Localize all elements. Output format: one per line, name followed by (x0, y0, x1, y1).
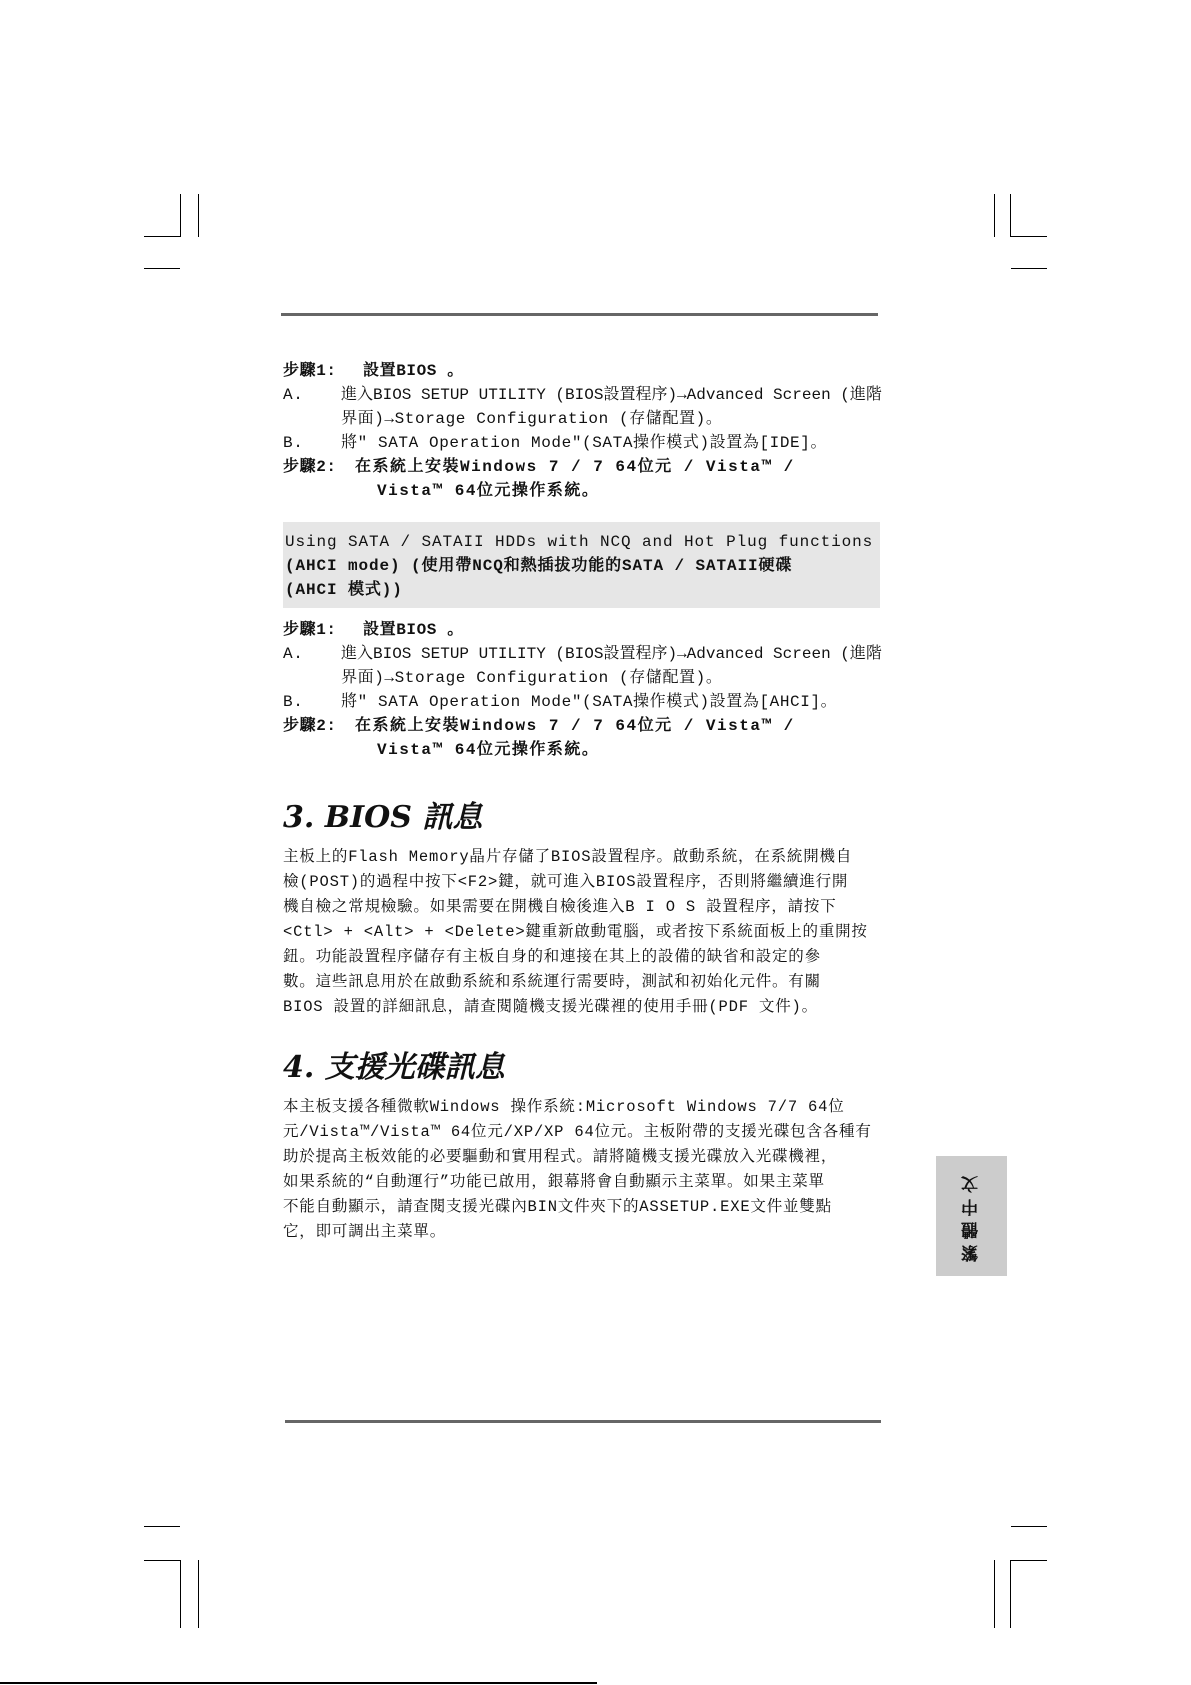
crop-mark (994, 194, 995, 237)
paragraph-line: 它，即可調出主菜單。 (283, 1220, 446, 1245)
step2-line1: 在系統上安裝Windows 7 / 7 64位元 / Vista™ / (355, 714, 795, 738)
step1-text: 設置BIOS 。 (363, 359, 464, 383)
ahci-callout-box: Using SATA / SATAII HDDs with NCQ and Ho… (283, 522, 880, 608)
step-b-line1: 將" SATA Operation Mode"(SATA操作模式)設置為[AHC… (341, 690, 837, 714)
crop-mark (1011, 236, 1047, 237)
step1-label: 步驟1: (283, 359, 337, 383)
crop-mark (1011, 268, 1047, 269)
ahci-title-line1: Using SATA / SATAII HDDs with NCQ and Ho… (285, 530, 873, 554)
crop-mark (198, 194, 199, 237)
step2-label: 步驟2: (283, 714, 337, 738)
step1-label: 步驟1: (283, 618, 337, 642)
paragraph-line: 主板上的Flash Memory晶片存儲了BIOS設置程序。啟動系統，在系統開機… (283, 845, 852, 870)
step-a-marker: A. (283, 383, 303, 407)
paragraph-line: 如果系統的“自動運行”功能已啟用，銀幕將會自動顯示主菜單。如果主菜單 (283, 1170, 825, 1195)
step-b-marker: B. (283, 690, 303, 714)
step1-text: 設置BIOS 。 (363, 618, 464, 642)
crop-mark (198, 1560, 199, 1628)
paragraph-line: 檢(POST)的過程中按下<F2>鍵，就可進入BIOS設置程序，否則將繼續進行開 (283, 870, 848, 895)
crop-mark (994, 1560, 995, 1628)
language-tab-label: 繁體中文 (959, 1170, 984, 1262)
footer-rule (285, 1420, 881, 1423)
ahci-title-line3: (AHCI 模式)) (285, 578, 403, 602)
step-a-line1: 進入BIOS SETUP UTILITY (BIOS設置程序)→Advanced… (341, 642, 882, 666)
step-a-line2: 界面)→Storage Configuration (存儲配置)。 (341, 407, 722, 431)
crop-mark (144, 1560, 180, 1561)
crop-mark (1011, 1526, 1047, 1527)
crop-mark (180, 1560, 181, 1628)
section-3-heading: 3. BIOS 訊息 (283, 800, 482, 836)
paragraph-line: 本主板支援各種微軟Windows 操作系統:Microsoft Windows … (283, 1095, 845, 1120)
section-4-heading: 4. 支援光碟訊息 (283, 1050, 505, 1086)
language-side-tab: 繁體中文 (936, 1156, 1007, 1276)
step-b-line1: 將" SATA Operation Mode"(SATA操作模式)設置為[IDE… (341, 431, 827, 455)
paragraph-line: BIOS 設置的詳細訊息，請查閱隨機支援光碟裡的使用手冊(PDF 文件)。 (283, 995, 818, 1020)
paragraph-line: 機自檢之常規檢驗。如果需要在開機自檢後進入B I O S 設置程序，請按下 (283, 895, 837, 920)
crop-mark (180, 194, 181, 237)
step2-line1: 在系統上安裝Windows 7 / 7 64位元 / Vista™ / (355, 455, 795, 479)
step2-line2: Vista™ 64位元操作系統。 (377, 738, 599, 762)
step2-line2: Vista™ 64位元操作系統。 (377, 479, 599, 503)
step-a-line2: 界面)→Storage Configuration (存儲配置)。 (341, 666, 722, 690)
crop-mark (1010, 194, 1011, 237)
paragraph-line: <Ctl> + <Alt> + <Delete>鍵重新啟動電腦，或者按下系統面板… (283, 920, 868, 945)
paragraph-line: 數。這些訊息用於在啟動系統和系統運行需要時，測試和初始化元件。有關 (283, 970, 821, 995)
paragraph-line: 鈕。功能設置程序儲存有主板自身的和連接在其上的設備的缺省和設定的參 (283, 945, 821, 970)
step-a-line1: 進入BIOS SETUP UTILITY (BIOS設置程序)→Advanced… (341, 383, 882, 407)
crop-mark (144, 1526, 180, 1527)
crop-mark (1010, 1560, 1011, 1628)
step-b-marker: B. (283, 431, 303, 455)
crop-mark (144, 236, 180, 237)
paragraph-line: 不能自動顯示，請查閱支援光碟內BIN文件夾下的ASSETUP.EXE文件並雙點 (283, 1195, 832, 1220)
crop-mark (144, 268, 180, 269)
step2-label: 步驟2: (283, 455, 337, 479)
page-bottom-edge (0, 1682, 597, 1684)
step-a-marker: A. (283, 642, 303, 666)
paragraph-line: 元/Vista™/Vista™ 64位元/XP/XP 64位元。主板附帶的支援光… (283, 1120, 872, 1145)
crop-mark (1011, 1560, 1047, 1561)
paragraph-line: 助於提高主板效能的必要驅動和實用程式。請將隨機支援光碟放入光碟機裡， (283, 1145, 837, 1170)
header-rule (281, 313, 878, 316)
ahci-title-line2: (AHCI mode) (使用帶NCQ和熱插拔功能的SATA / SATAII硬… (285, 554, 792, 578)
